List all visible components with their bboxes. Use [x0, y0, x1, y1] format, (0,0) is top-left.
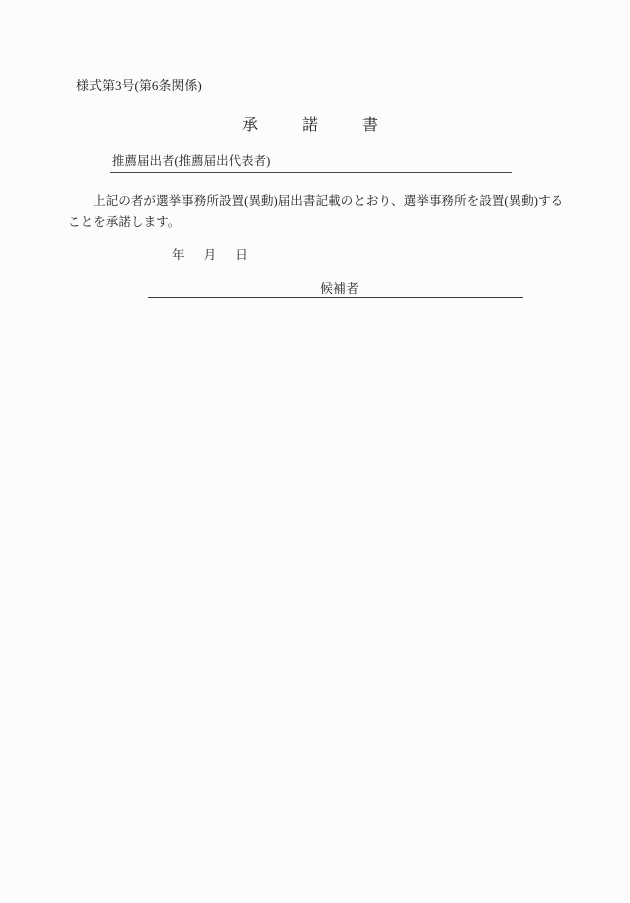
nominator-label: 推薦届出者(推薦届出代表者)	[112, 154, 270, 168]
body-line-2: ことを承諾します。	[68, 212, 584, 233]
year-label: 年	[172, 248, 185, 263]
nominator-signature-field: 推薦届出者(推薦届出代表者)	[110, 152, 512, 173]
form-number-label: 様式第3号(第6条関係)	[76, 78, 202, 93]
date-line: 年 月 日	[172, 248, 248, 263]
day-label: 日	[235, 248, 248, 263]
document-title: 承諾書	[242, 117, 422, 135]
candidate-signature-field: 候補者	[148, 281, 523, 298]
body-line-1: 上記の者が選挙事務所設置(異動)届出書記載のとおり、選挙事務所を設置(異動)する	[93, 191, 584, 212]
consent-form-page: 様式第3号(第6条関係) 承諾書 推薦届出者(推薦届出代表者) 上記の者が選挙事…	[0, 0, 630, 903]
consent-body-paragraph: 上記の者が選挙事務所設置(異動)届出書記載のとおり、選挙事務所を設置(異動)する…	[68, 191, 584, 233]
month-label: 月	[204, 248, 217, 263]
candidate-label: 候補者	[320, 281, 359, 296]
